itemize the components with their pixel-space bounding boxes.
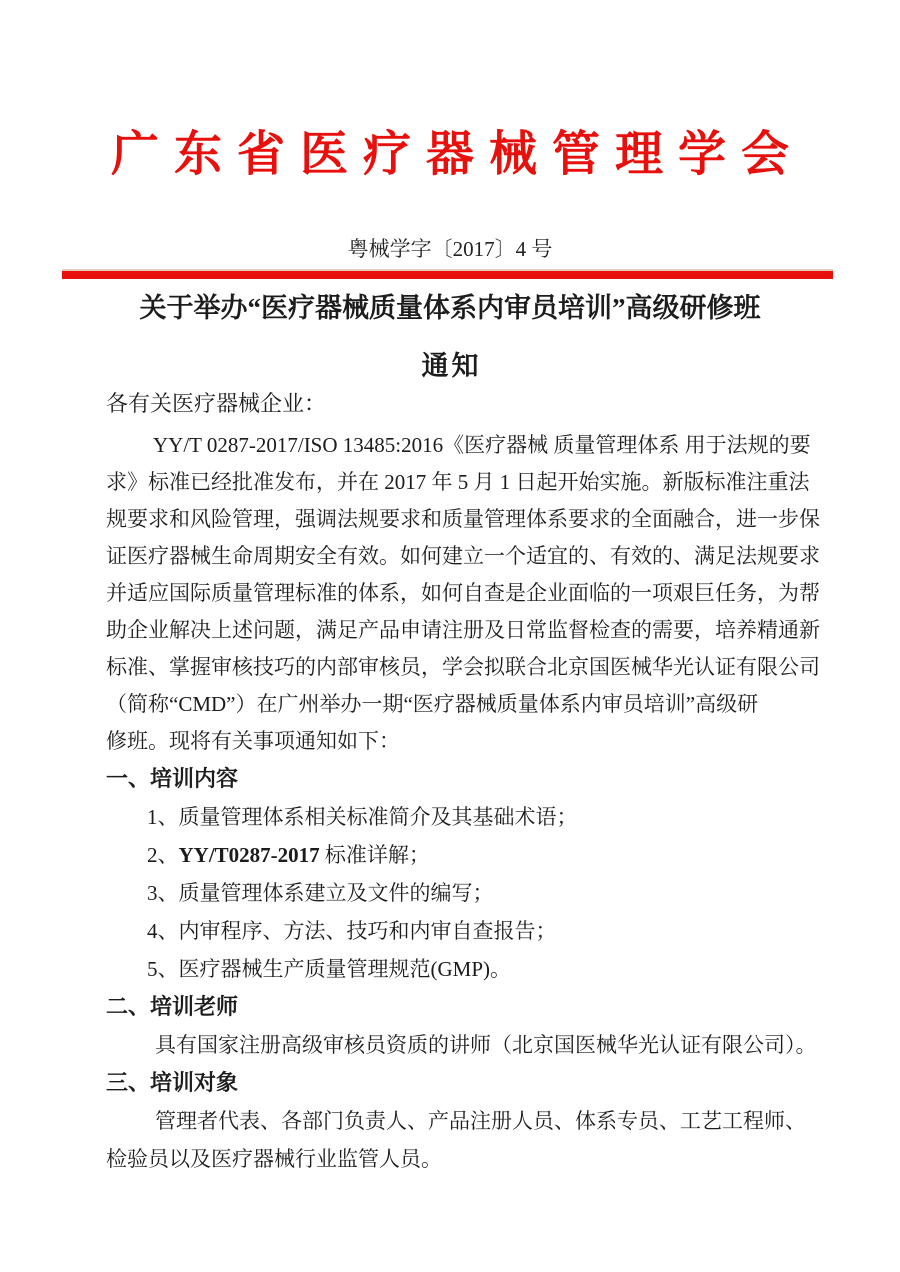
audience-line-2: 检验员以及医疗器械行业监管人员。 <box>106 1140 900 1178</box>
salutation: 各有关医疗器械企业： <box>106 389 828 419</box>
list-item-5: 5、医疗器械生产质量管理规范(GMP)。 <box>147 950 900 988</box>
item-text: 医疗器械生产质量管理规范(GMP)。 <box>179 957 512 981</box>
para-line: YY/T 0287-2017/ISO 13485:2016《医疗器械 质量管理体… <box>106 427 830 464</box>
para-line: 助企业解决上述问题，满足产品申请注册及日常监督检查的需要，培养精通新 <box>106 612 830 649</box>
list-item-2: 2、YY/T0287-2017 标准详解； <box>147 836 900 874</box>
audience-line-1: 管理者代表、各部门负责人、产品注册人员、体系专员、工艺工程师、 <box>106 1102 900 1140</box>
section-heading-training-audience: 三、培训对象 <box>106 1064 900 1102</box>
para-line: 规要求和风险管理，强调法规要求和质量管理体系要求的全面融合，进一步保 <box>106 501 830 538</box>
doc-subtitle: 通知 <box>0 349 900 383</box>
section-heading-training-teachers: 二、培训老师 <box>106 988 900 1026</box>
para-line: 证医疗器械生命周期安全有效。如何建立一个适宜的、有效的、满足法规要求 <box>106 538 830 575</box>
list-item-1: 1、质量管理体系相关标准简介及其基础术语； <box>147 798 900 836</box>
item-text: 标准详解； <box>320 843 430 867</box>
section-heading-training-content: 一、培训内容 <box>106 760 900 798</box>
list-item-4: 4、内审程序、方法、技巧和内审自查报告； <box>147 912 900 950</box>
para-line: 标准、掌握审核技巧的内部审核员，学会拟联合北京国医械华光认证有限公司 <box>106 649 830 686</box>
item-number: 1、 <box>147 805 179 829</box>
item-number: 4、 <box>147 919 179 943</box>
doc-title: 关于举办“医疗器械质量体系内审员培训”高级研修班 <box>0 291 900 325</box>
org-title: 广东省医疗器械管理学会 <box>0 120 900 190</box>
doc-number: 粤械学字〔2017〕4 号 <box>0 235 900 263</box>
para-line: 求》标准已经批准发布，并在 2017 年 5 月 1 日起开始实施。新版标准注重… <box>106 464 830 501</box>
item-number: 5、 <box>147 957 179 981</box>
list-item-3: 3、质量管理体系建立及文件的编写； <box>147 874 900 912</box>
item-text: 质量管理体系建立及文件的编写； <box>179 881 494 905</box>
item-number: 2、 <box>147 843 179 867</box>
para-line: 并适应国际质量管理标准的体系，如何自查是企业面临的一项艰巨任务，为帮 <box>106 575 830 612</box>
item-text: 内审程序、方法、技巧和内审自查报告； <box>179 919 557 943</box>
teacher-line: 具有国家注册高级审核员资质的讲师（北京国医械华光认证有限公司）。 <box>106 1026 900 1064</box>
item-bold: YY/T0287-2017 <box>179 843 320 867</box>
item-number: 3、 <box>147 881 179 905</box>
intro-paragraph: YY/T 0287-2017/ISO 13485:2016《医疗器械 质量管理体… <box>106 427 830 760</box>
para-line: 修班。现将有关事项通知如下： <box>106 723 830 760</box>
item-text: 质量管理体系相关标准简介及其基础术语； <box>179 805 578 829</box>
document-page: 广东省医疗器械管理学会 粤械学字〔2017〕4 号 关于举办“医疗器械质量体系内… <box>0 0 900 1272</box>
para-line: （简称“CMD”）在广州举办一期“医疗器械质量体系内审员培训”高级研 <box>106 686 830 723</box>
red-divider <box>62 269 833 279</box>
